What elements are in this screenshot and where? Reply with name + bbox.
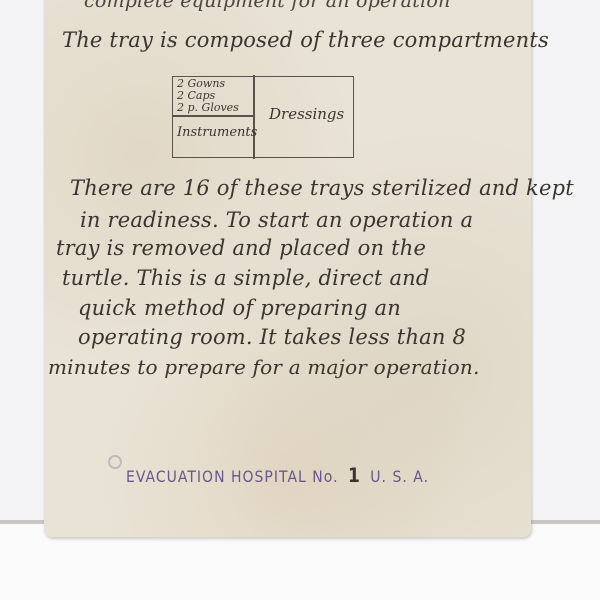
paragraph-line: operating room. It takes less than 8: [78, 325, 466, 349]
paragraph-line: tray is removed and placed on the: [56, 236, 426, 260]
tray-compartment-instruments: Instruments: [177, 125, 257, 140]
paragraph-line: in readiness. To start an operation a: [80, 208, 473, 232]
stamp-prefix: EVACUATION HOSPITAL No.: [126, 468, 339, 486]
paragraph-line: There are 16 of these trays sterilized a…: [70, 176, 574, 200]
hospital-stamp: EVACUATION HOSPITAL No. 1 U. S. A.: [126, 465, 429, 488]
stamp-number: 1: [348, 465, 361, 488]
paragraph-line: quick method of preparing an: [78, 296, 401, 320]
handwritten-line-1: The tray is composed of three compartmen…: [62, 28, 549, 52]
paragraph-line: minutes to prepare for a major operation…: [48, 355, 480, 379]
stamp-suffix: U. S. A.: [370, 468, 429, 486]
ink-smudge: [108, 455, 122, 469]
tray-divider-horizontal: [173, 115, 254, 117]
tray-diagram: 2 Gowns 2 Caps 2 p. Gloves Instruments D…: [172, 76, 354, 158]
paragraph-line: turtle. This is a simple, direct and: [62, 266, 430, 290]
handwritten-line-0: complete equipment for an operation: [84, 0, 450, 12]
tray-item: 2 p. Gloves: [177, 102, 239, 114]
tray-divider-vertical: [253, 75, 255, 159]
tray-compartment-dressings: Dressings: [269, 105, 344, 123]
tray-compartment-gowns-caps-gloves: 2 Gowns 2 Caps 2 p. Gloves: [177, 78, 239, 114]
